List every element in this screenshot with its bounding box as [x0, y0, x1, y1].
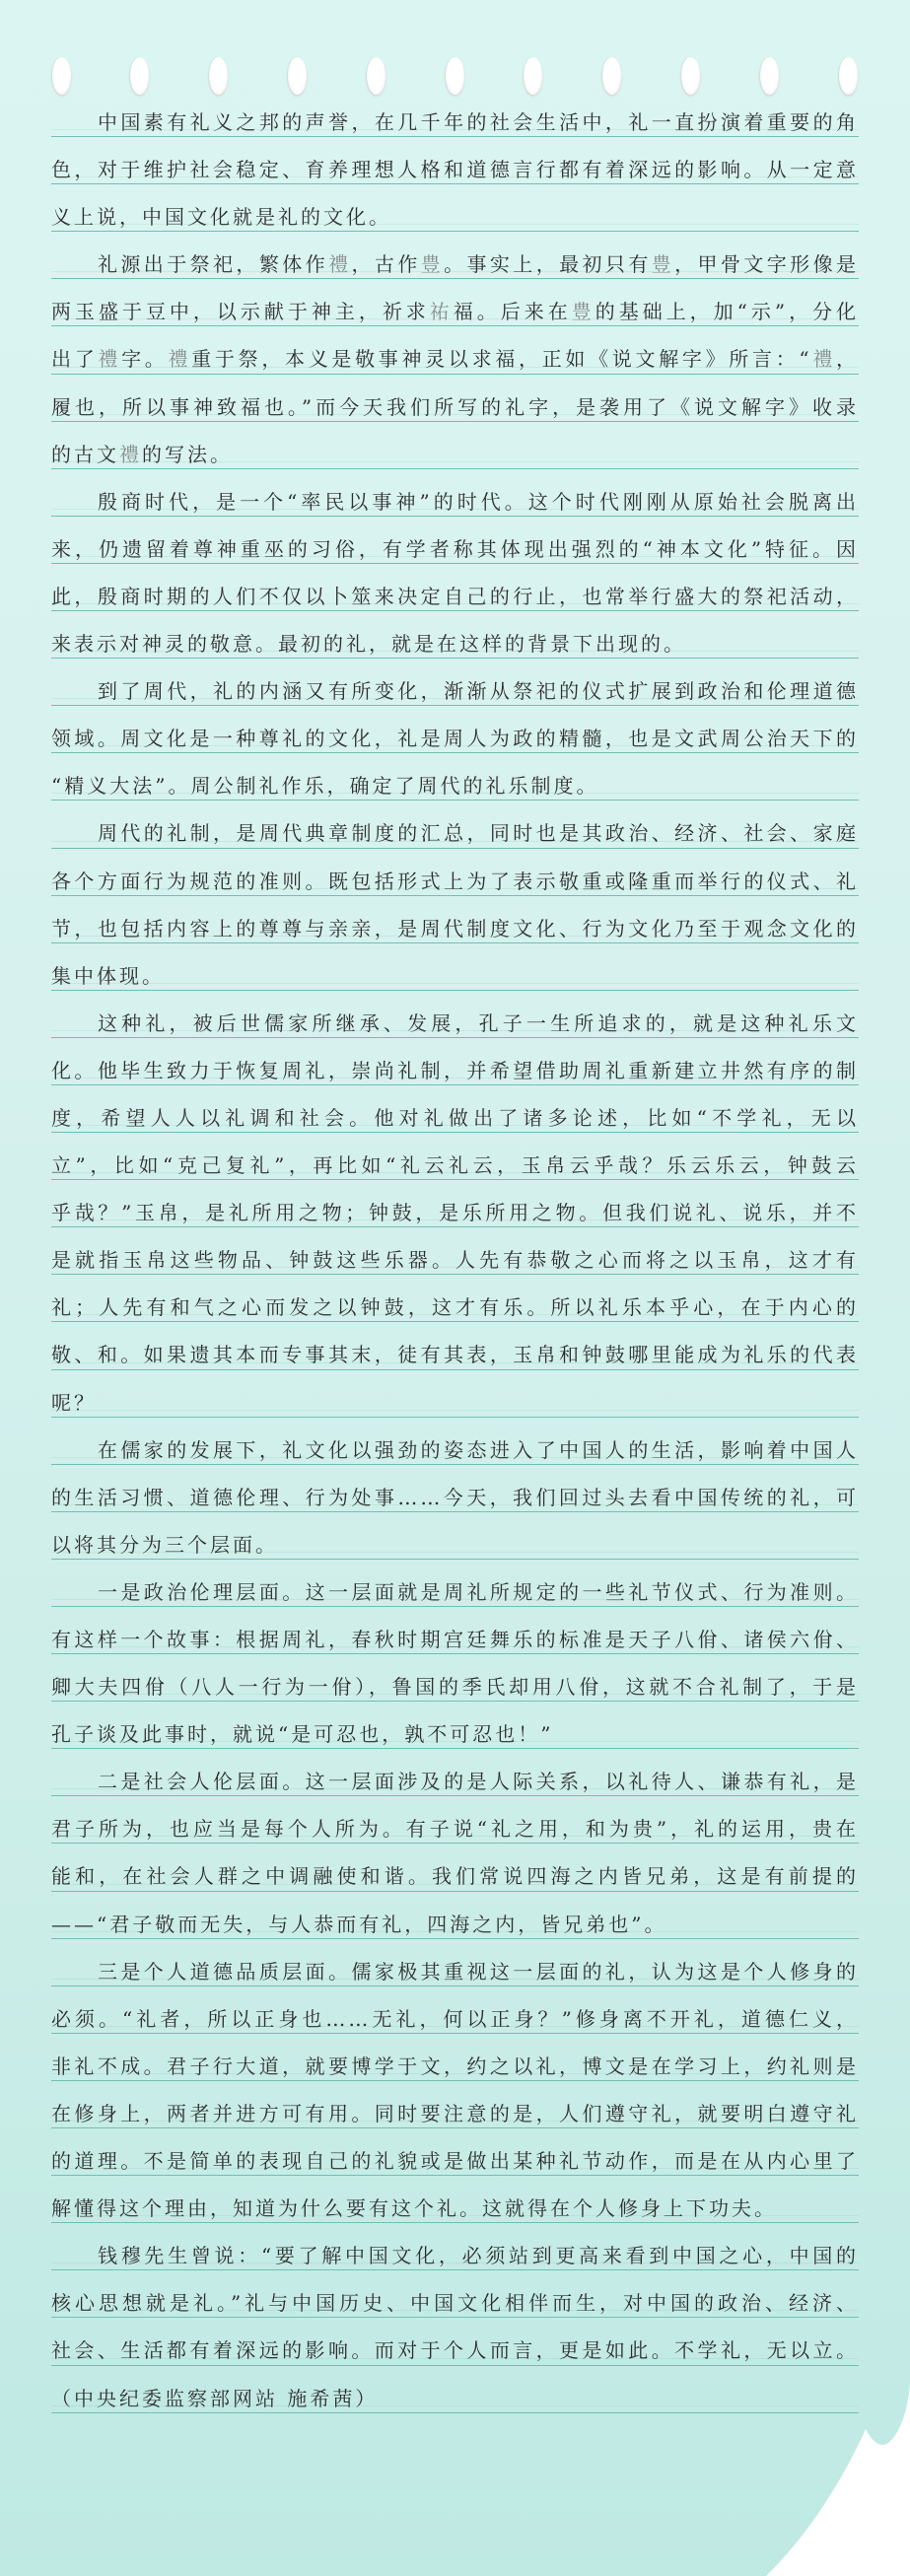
variant-glyph: 豊	[421, 252, 444, 276]
paragraph: 二是社会人伦层面。这一层面涉及的是人际关系，以礼待人、谦恭有礼，是 君子所为，也…	[51, 1749, 859, 1938]
variant-glyph: 禮	[98, 347, 121, 371]
text-line: 以将其分为三个层面。	[51, 1512, 859, 1560]
paragraph: 三是个人道德品质层面。儒家极其重视这一层面的礼，认为这是个人修身的 必须。“礼者…	[51, 1939, 859, 2224]
variant-glyph: 禮	[169, 347, 192, 371]
text-line: 钱穆先生曾说：“要了解中国文化，必须站到更高来看到中国之心，中国的	[51, 2223, 859, 2270]
paragraph: 到了周代，礼的内涵又有所变化，渐渐从祭祀的仪式扩展到政治和伦理道德 领域。周文化…	[51, 659, 859, 801]
variant-glyph: 禮	[812, 347, 836, 371]
text-line: 呢？	[51, 1370, 859, 1418]
text-line: 在儒家的发展下，礼文化以强劲的姿态进入了中国人的生活，影响着中国人	[51, 1418, 859, 1465]
text-line: 孔子谈及此事时，就说“是可忍也，孰不可忍也！”	[51, 1702, 859, 1749]
text-line: 两玉盛于豆中，以示献于神主，祈求祐福。后来在豊的基础上，加“示”，分化	[51, 279, 859, 326]
text-line: 的生活习惯、道德伦理、行为处事……今天，我们回过头去看中国传统的礼，可	[51, 1465, 859, 1512]
text-line: 殷商时代，是一个“率民以事神”的时代。这个时代刚刚从原始社会脱离出	[51, 469, 859, 517]
paragraph: 钱穆先生曾说：“要了解中国文化，必须站到更高来看到中国之心，中国的 核心思想就是…	[51, 2223, 859, 2365]
text-line: 一是政治伦理层面。这一层面就是周礼所规定的一些礼节仪式、行为准则。	[51, 1560, 859, 1607]
text-line: 度，希望人人以礼调和社会。他对礼做出了诸多论述，比如“不学礼，无以	[51, 1085, 859, 1133]
article-body: 中国素有礼义之邦的声誉，在几千年的社会生活中，礼一直扮演着重要的角 色，对于维护…	[51, 90, 859, 2413]
text-line: 是就指玉帛这些物品、钟鼓这些乐器。人先有恭敬之心而将之以玉帛，这才有	[51, 1227, 859, 1275]
page-curl-cutout	[766, 2382, 910, 2576]
text-line: 的古文禮的写法。	[51, 422, 859, 469]
paragraph: 在儒家的发展下，礼文化以强劲的姿态进入了中国人的生活，影响着中国人 的生活习惯、…	[51, 1418, 859, 1560]
text-line: 中国素有礼义之邦的声誉，在几千年的社会生活中，礼一直扮演着重要的角	[51, 90, 859, 137]
text-line: 敬、和。如果遗其本而专事其末，徒有其表，玉帛和钟鼓哪里能成为礼乐的代表	[51, 1322, 859, 1369]
text-line: 集中体现。	[51, 943, 859, 991]
notebook-page: 中国素有礼义之邦的声誉，在几千年的社会生活中，礼一直扮演着重要的角 色，对于维护…	[0, 0, 910, 2576]
paragraph: 殷商时代，是一个“率民以事神”的时代。这个时代刚刚从原始社会脱离出 来，仍遗留着…	[51, 469, 859, 659]
text-line: 有这样一个故事：根据周礼，春秋时期宫廷舞乐的标准是天子八佾、诸侯六佾、	[51, 1607, 859, 1654]
text-line: 节，也包括内容上的尊尊与亲亲，是周代制度文化、行为文化乃至于观念文化的	[51, 896, 859, 943]
text-line: 解懂得这个理由，知道为什么要有这个礼。这就得在个人修身上下功夫。	[51, 2176, 859, 2223]
variant-glyph: 禮	[119, 443, 142, 466]
paragraph: 中国素有礼义之邦的声誉，在几千年的社会生活中，礼一直扮演着重要的角 色，对于维护…	[51, 90, 859, 232]
text-line: 乎哉？”玉帛，是礼所用之物；钟鼓，是乐所用之物。但我们说礼、说乐，并不	[51, 1180, 859, 1227]
text-line: 此，殷商时期的人们不仅以卜筮来决定自己的行止，也常举行盛大的祭祀活动，	[51, 564, 859, 611]
variant-glyph: 豊	[572, 300, 595, 323]
text-line: 履也，所以事神致福也。”而今天我们所写的礼字，是袭用了《说文解字》收录	[51, 375, 859, 422]
text-line: 化。他毕生致力于恢复周礼，崇尚礼制，并希望借助周礼重新建立井然有序的制	[51, 1038, 859, 1085]
text-line: 礼源出于祭祀，繁体作禮，古作豊。事实上，最初只有豊，甲骨文字形像是	[51, 232, 859, 279]
paragraph: 一是政治伦理层面。这一层面就是周礼所规定的一些礼节仪式、行为准则。 有这样一个故…	[51, 1560, 859, 1749]
text-line: 的道理。不是简单的表现自己的礼貌或是做出某种礼节动作，而是在从内心里了	[51, 2128, 859, 2176]
text-line: 各个方面行为规范的准则。既包括形式上为了表示敬重或隆重而举行的仪式、礼	[51, 849, 859, 896]
text-line: 到了周代，礼的内涵又有所变化，渐渐从祭祀的仪式扩展到政治和伦理道德	[51, 659, 859, 706]
text-line: 领域。周文化是一种尊礼的文化，礼是周人为政的精髓，也是文武周公治天下的	[51, 706, 859, 753]
paragraph: 周代的礼制，是周代典章制度的汇总，同时也是其政治、经济、社会、家庭 各个方面行为…	[51, 801, 859, 990]
text-line: 君子所为，也应当是每个人所为。有子说“礼之用，和为贵”，礼的运用，贵在	[51, 1796, 859, 1844]
text-line: 卿大夫四佾（八人一行为一佾），鲁国的季氏却用八佾，这就不合礼制了，于是	[51, 1654, 859, 1702]
text-line: 出了禮字。禮重于祭，本义是敬事神灵以求福，正如《说文解字》所言：“禮，	[51, 326, 859, 374]
text-line: 社会、生活都有着深远的影响。而对于个人而言，更是如此。不学礼，无以立。	[51, 2318, 859, 2365]
text-line: 周代的礼制，是周代典章制度的汇总，同时也是其政治、经济、社会、家庭	[51, 801, 859, 848]
variant-glyph: 禮	[328, 252, 351, 276]
text-line: 义上说，中国文化就是礼的文化。	[51, 184, 859, 232]
text-line: 能和，在社会人群之中调融使和谐。我们常说四海之内皆兄弟，这是有前提的	[51, 1844, 859, 1891]
text-line: 来表示对神灵的敬意。最初的礼，就是在这样的背景下出现的。	[51, 611, 859, 659]
text-line: 在修身上，两者并进方可有用。同时要注意的是，人们遵守礼，就要明白遵守礼	[51, 2081, 859, 2128]
text-line: 非礼不成。君子行大道，就要博学于文，约之以礼，博文是在学习上，约礼则是	[51, 2034, 859, 2081]
text-line: 色，对于维护社会稳定、育养理想人格和道德言行都有着深远的影响。从一定意	[51, 137, 859, 184]
text-line: 核心思想就是礼。”礼与中国历史、中国文化相伴而生，对中国的政治、经济、	[51, 2270, 859, 2318]
text-line: 必须。“礼者，所以正身也……无礼，何以正身？”修身离不开礼，道德仁义，	[51, 1986, 859, 2034]
text-line: 礼；人先有和气之心而发之以钟鼓，这才有乐。所以礼乐本乎心，在于内心的	[51, 1275, 859, 1322]
text-line: “精义大法”。周公制礼作乐，确定了周代的礼乐制度。	[51, 753, 859, 801]
paragraph: 这种礼，被后世儒家所继承、发展，孔子一生所追求的，就是这种礼乐文 化。他毕生致力…	[51, 991, 859, 1418]
paragraph: 礼源出于祭祀，繁体作禮，古作豊。事实上，最初只有豊，甲骨文字形像是 两玉盛于豆中…	[51, 232, 859, 468]
variant-glyph: 豊	[652, 252, 674, 276]
page-curl	[730, 2366, 910, 2576]
variant-glyph: 祐	[430, 300, 454, 323]
text-line: ——“君子敬而无失，与人恭而有礼，四海之内，皆兄弟也”。	[51, 1892, 859, 1939]
text-line: 立”，比如“克己复礼”，再比如“礼云礼云，玉帛云乎哉？乐云乐云，钟鼓云	[51, 1133, 859, 1180]
text-line: 三是个人道德品质层面。儒家极其重视这一层面的礼，认为这是个人修身的	[51, 1939, 859, 1986]
text-line: 二是社会人伦层面。这一层面涉及的是人际关系，以礼待人、谦恭有礼，是	[51, 1749, 859, 1796]
text-line: 来，仍遗留着尊神重巫的习俗，有学者称其体现出强烈的“神本文化”特征。因	[51, 517, 859, 564]
text-line: 这种礼，被后世儒家所继承、发展，孔子一生所追求的，就是这种礼乐文	[51, 991, 859, 1038]
